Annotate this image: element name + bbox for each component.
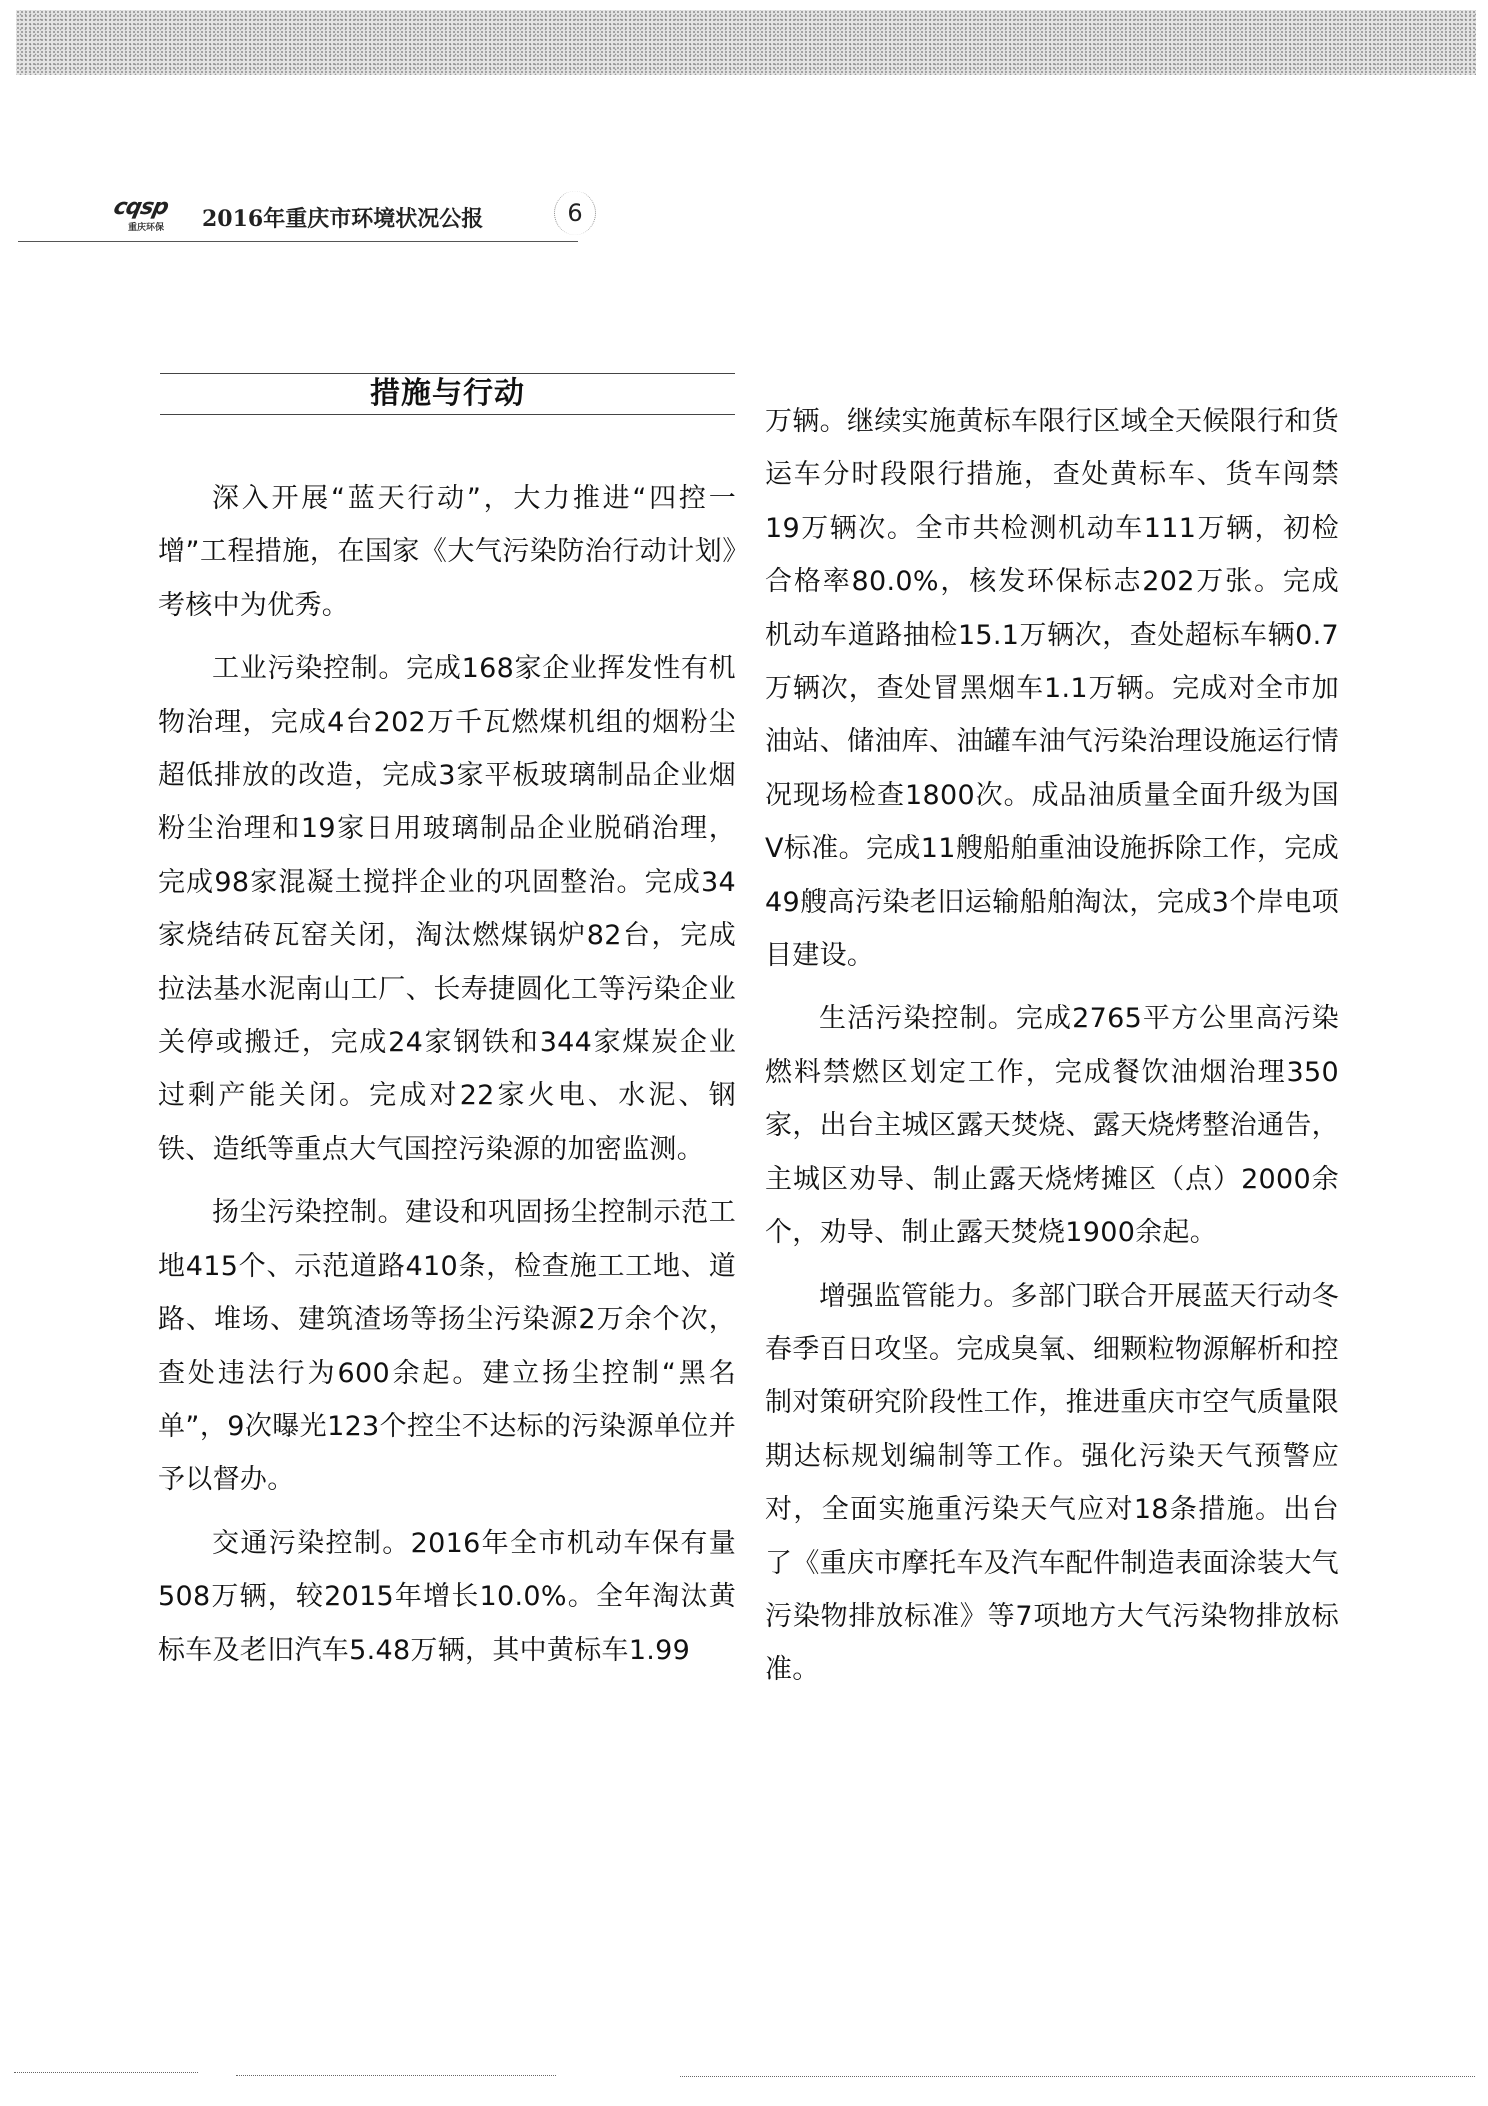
scan-noise-band	[16, 10, 1476, 75]
cqsp-logo-icon: cqsp 重庆环保	[114, 195, 184, 235]
running-header: cqsp 重庆环保 2016年重庆市环境状况公报 6	[18, 193, 578, 242]
footer-rule-right	[680, 2076, 1475, 2078]
paragraph-traffic-pollution: 交通污染控制。2016年全市机动车保有量508万辆，较2015年增长10.0%。…	[158, 1517, 736, 1677]
logo-mark: cqsp	[111, 195, 170, 220]
section-heading: 措施与行动	[160, 373, 735, 415]
report-title: 2016年重庆市环境状况公报	[202, 202, 483, 233]
paragraph-traffic-pollution-continued: 万辆。继续实施黄标车限行区域全天候限行和货运车分时段限行措施，查处黄标车、货车闯…	[765, 395, 1339, 982]
paragraph-dust-pollution: 扬尘污染控制。建设和巩固扬尘控制示范工地415个、示范道路410条，检查施工工地…	[158, 1186, 736, 1506]
paragraph-domestic-pollution: 生活污染控制。完成2765平方公里高污染燃料禁燃区划定工作，完成餐饮油烟治理35…	[765, 992, 1339, 1259]
logo-subtitle: 重庆环保	[128, 220, 164, 233]
paragraph-supervision-capacity: 增强监管能力。多部门联合开展蓝天行动冬春季百日攻坚。完成臭氧、细颗粒物源解析和控…	[765, 1270, 1339, 1697]
footer-rule-middle	[236, 2075, 556, 2077]
footer-rule-left	[14, 2072, 198, 2074]
paragraph-intro: 深入开展“蓝天行动”，大力推进“四控一增”工程措施，在国家《大气污染防治行动计划…	[158, 472, 736, 632]
paragraph-industrial-pollution: 工业污染控制。完成168家企业挥发性有机物治理，完成4台202万千瓦燃煤机组的烟…	[158, 642, 736, 1176]
page-number: 6	[554, 191, 596, 235]
right-column: 万辆。继续实施黄标车限行区域全天候限行和货运车分时段限行措施，查处黄标车、货车闯…	[765, 395, 1339, 1707]
section-title: 措施与行动	[370, 376, 525, 411]
left-column: 深入开展“蓝天行动”，大力推进“四控一增”工程措施，在国家《大气污染防治行动计划…	[158, 472, 736, 1687]
